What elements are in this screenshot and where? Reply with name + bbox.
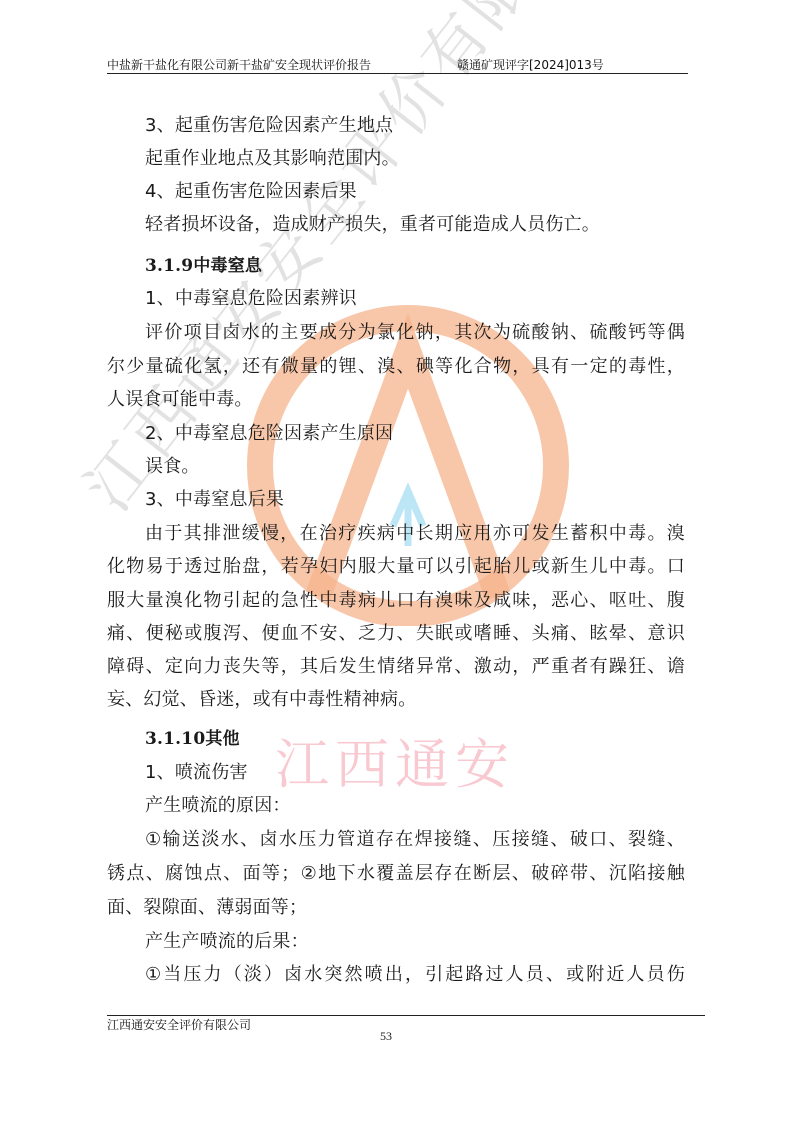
- list-item-heading: 2、中毒窒息危险因素产生原因: [145, 423, 393, 445]
- paragraph-line: 妄、幻觉、昏迷，或有中毒性精神病。: [107, 689, 416, 711]
- paragraph-line: ①输送淡水、卤水压力管道存在焊接缝、压接缝、破口、裂缝、: [145, 829, 685, 851]
- list-item-heading: 1、喷流伤害: [145, 762, 248, 784]
- list-item-heading: 1、中毒窒息危险因素辨识: [145, 288, 357, 310]
- list-item-heading: 4、起重伤害危险因素后果: [145, 181, 357, 203]
- paragraph-line: 面、裂隙面、薄弱面等；: [107, 897, 307, 919]
- paragraph-line: 由于其排泄缓慢，在治疗疾病中长期应用亦可发生蓄积中毒。溴: [145, 523, 685, 545]
- paragraph-line: 化物易于透过胎盘，若孕妇内服大量可以引起胎儿或新生儿中毒。口: [107, 556, 685, 578]
- paragraph: 产生喷流的原因：: [145, 795, 291, 817]
- page-number: 53: [380, 1029, 392, 1044]
- paragraph: 误食。: [145, 456, 200, 478]
- paragraph: 轻者损坏设备，造成财产损失，重者可能造成人员伤亡。: [145, 214, 600, 236]
- report-number: 赣通矿现评字[2024]013号: [457, 56, 604, 73]
- section-heading-3-1-10: 3.1.10其他: [145, 728, 240, 750]
- paragraph-line: 障碍、定向力丧失等，其后发生情绪异常、激动，严重者有躁狂、谵: [107, 656, 685, 678]
- list-item-heading: 3、中毒窒息后果: [145, 489, 284, 511]
- paragraph-line: 评价项目卤水的主要成分为氯化钠，其次为硫酸钠、硫酸钙等偶: [145, 322, 685, 344]
- page-header: 中盐新干盐化有限公司新干盐矿安全现状评价报告 赣通矿现评字[2024]013号: [107, 56, 687, 74]
- paragraph-line: 痛、便秘或腹泻、便血不安、乏力、失眠或嗜睡、头痛、眩晕、意识: [107, 623, 685, 645]
- document-page: 江西通安安全评价有限公司 江西通安 中盐新干盐化有限公司新干盐矿安全现状评价报告…: [0, 0, 793, 1122]
- section-heading-3-1-9: 3.1.9中毒窒息: [145, 255, 262, 277]
- paragraph-line: 锈点、腐蚀点、面等；②地下水覆盖层存在断层、破碎带、沉陷接触: [107, 863, 685, 885]
- footer-company: 江西通安安全评价有限公司: [107, 1016, 251, 1033]
- paragraph-line: 尔少量硫化氢，还有微量的锂、溴、碘等化合物，具有一定的毒性，: [107, 356, 685, 378]
- watermark-stamp-text: 江西通安: [275, 722, 515, 799]
- header-divider: [107, 73, 688, 74]
- paragraph-line: 人误食可能中毒。: [107, 389, 253, 411]
- list-item-heading: 3、起重伤害危险因素产生地点: [145, 115, 393, 137]
- paragraph: 产生产喷流的后果：: [145, 931, 309, 953]
- paragraph-line: 服大量溴化物引起的急性中毒病儿口有溴味及咸味，恶心、呕吐、腹: [107, 590, 685, 612]
- paragraph: 起重作业地点及其影响范围内。: [145, 148, 400, 170]
- paragraph-line: ①当压力（淡）卤水突然喷出，引起路过人员、或附近人员伤: [145, 964, 685, 986]
- report-title: 中盐新干盐化有限公司新干盐矿安全现状评价报告: [107, 56, 371, 73]
